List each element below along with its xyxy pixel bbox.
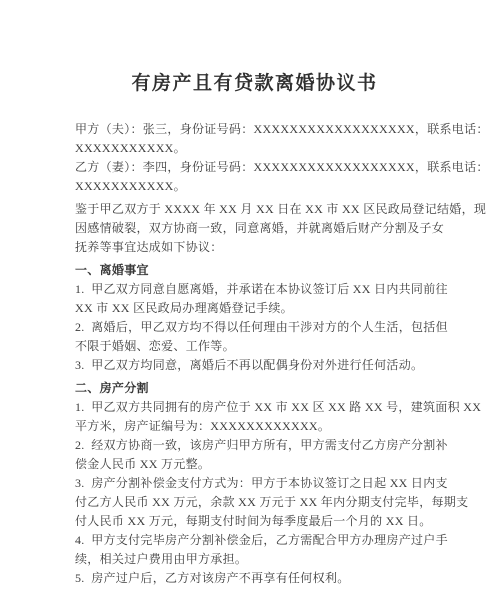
text-line: 因感情破裂，双方协商一致，同意离婚，并就离婚后财产分割及子女 <box>75 219 434 238</box>
text-line: 3. 甲乙双方均同意，离婚后不再以配偶身份对外进行任何活动。 <box>75 356 434 375</box>
text-line: 2. 离婚后，甲乙双方均不得以任何理由干涉对方的个人生活，包括但 <box>75 318 434 337</box>
text-line: 乙方（妻）：李四，身份证号码：XXXXXXXXXXXXXXXXXX，联系电话： <box>75 158 434 177</box>
paragraph-section-1-heading: 一、离婚事宜 <box>75 261 434 280</box>
document-title: 有房产且有贷款离婚协议书 <box>75 70 434 98</box>
text-line: 1. 甲乙双方同意自愿离婚，并承诺在本协议签订后 XX 日内共同前往 <box>75 280 434 299</box>
text-line: 付乙方人民币 XX 万元，余款 XX 万元于 XX 年内分期支付完毕，每期支 <box>75 493 434 512</box>
text-line: 平方米，房产证编号为：XXXXXXXXXXXX。 <box>75 417 434 436</box>
paragraph-section-2-heading: 二、房产分割 <box>75 379 434 398</box>
text-line: 5. 房产过户后，乙方对该房产不再享有任何权利。 <box>75 569 434 588</box>
paragraph-preamble: 鉴于甲乙双方于 XXXX 年 XX 月 XX 日在 XX 市 XX 区民政局登记… <box>75 200 434 257</box>
text-line: XX 市 XX 区民政局办理离婚登记手续。 <box>75 299 434 318</box>
document-blocks: 甲方（夫）：张三，身份证号码：XXXXXXXXXXXXXXXXXX，联系电话：X… <box>75 120 434 588</box>
text-line: 偿金人民币 XX 万元整。 <box>75 455 434 474</box>
text-line: XXXXXXXXXXX。 <box>75 177 434 196</box>
text-line: 一、离婚事宜 <box>75 261 434 280</box>
text-line: 抚养等事宜达成如下协议： <box>75 238 434 257</box>
document-page: 有房产且有贷款离婚协议书 甲方（夫）：张三，身份证号码：XXXXXXXXXXXX… <box>0 0 500 597</box>
text-line: 续，相关过户费用由甲方承担。 <box>75 550 434 569</box>
text-line: XXXXXXXXXXX。 <box>75 139 434 158</box>
text-line: 二、房产分割 <box>75 379 434 398</box>
text-line: 甲方（夫）：张三，身份证号码：XXXXXXXXXXXXXXXXXX，联系电话： <box>75 120 434 139</box>
paragraph-section-2-items: 1. 甲乙双方共同拥有的房产位于 XX 市 XX 区 XX 路 XX 号，建筑面… <box>75 398 434 588</box>
text-line: 4. 甲方支付完毕房产分割补偿金后，乙方需配合甲方办理房产过户手 <box>75 531 434 550</box>
text-line: 鉴于甲乙双方于 XXXX 年 XX 月 XX 日在 XX 市 XX 区民政局登记… <box>75 200 434 219</box>
text-line: 2. 经双方协商一致，该房产归甲方所有，甲方需支付乙方房产分割补 <box>75 436 434 455</box>
text-line: 1. 甲乙双方共同拥有的房产位于 XX 市 XX 区 XX 路 XX 号，建筑面… <box>75 398 434 417</box>
paragraph-party-info: 甲方（夫）：张三，身份证号码：XXXXXXXXXXXXXXXXXX，联系电话：X… <box>75 120 434 196</box>
text-line: 不限于婚姻、恋爱、工作等。 <box>75 337 434 356</box>
text-line: 付人民币 XX 万元，每期支付时间为每季度最后一个月的 XX 日。 <box>75 512 434 531</box>
paragraph-section-1-items: 1. 甲乙双方同意自愿离婚，并承诺在本协议签订后 XX 日内共同前往XX 市 X… <box>75 280 434 375</box>
divorce-agreement-document: 有房产且有贷款离婚协议书 甲方（夫）：张三，身份证号码：XXXXXXXXXXXX… <box>0 0 500 588</box>
text-line: 3. 房产分割补偿金支付方式为：甲方于本协议签订之日起 XX 日内支 <box>75 474 434 493</box>
